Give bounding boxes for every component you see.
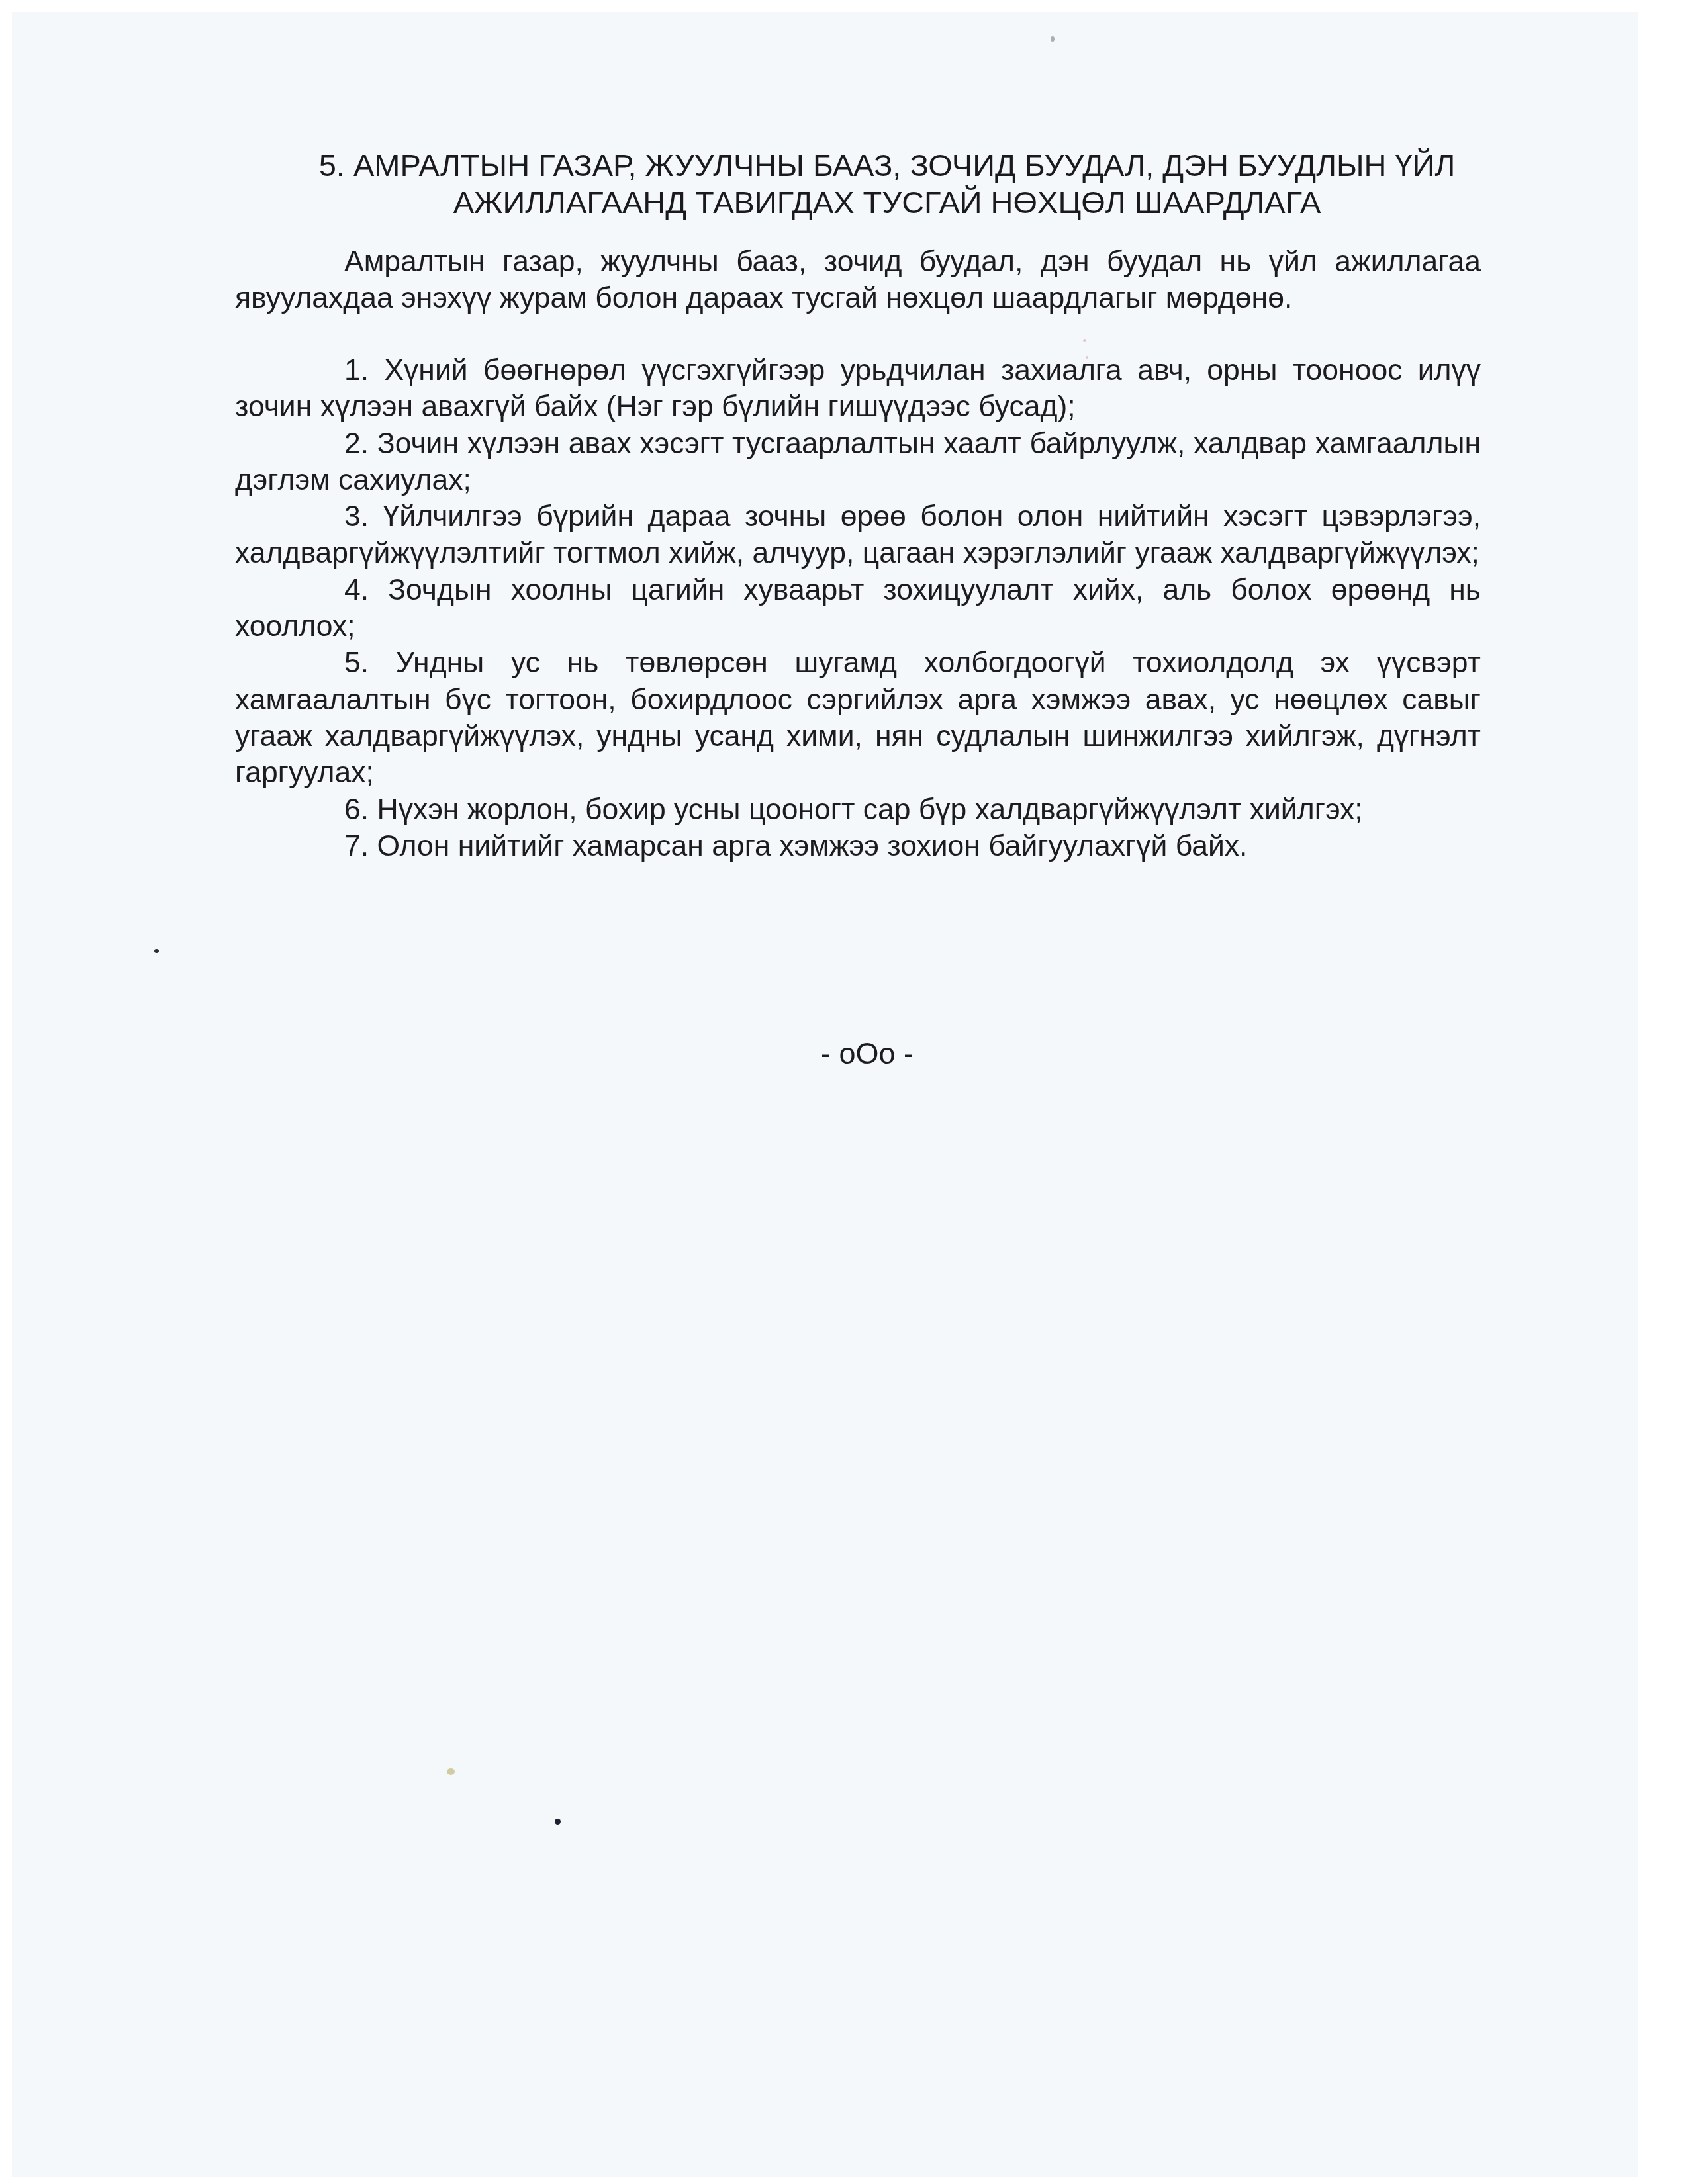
list-item-text: Ундны ус нь төвлөрсөн шугамд холбогдоогү… (235, 647, 1481, 789)
scan-speck (555, 1819, 561, 1825)
list-item-text: Олон нийтийг хамарсан арга хэмжээ зохион… (377, 830, 1248, 862)
list-item: 5. Ундны ус нь төвлөрсөн шугамд холбогдо… (235, 645, 1481, 791)
list-item-text: Нүхэн жорлон, бохир усны цооногт сар бүр… (377, 794, 1363, 826)
heading-line-2: АЖИЛЛАГААНД ТАВИГДАХ ТУСГАЙ НӨХЦӨЛ ШААРД… (291, 184, 1483, 221)
heading-line-1: 5. АМРАЛТЫН ГАЗАР, ЖУУЛЧНЫ БААЗ, ЗОЧИД Б… (291, 147, 1483, 184)
scan-speck (447, 1768, 455, 1775)
list-item: 3. Үйлчилгээ бүрийн дараа зочны өрөө бол… (235, 498, 1481, 572)
list-item-number: 5. (344, 647, 369, 679)
list-item-number: 6. (344, 794, 369, 826)
scan-speck (154, 949, 159, 953)
requirements-list: 1. Хүний бөөгнөрөл үүсгэхгүйгээр урьдчил… (235, 352, 1481, 864)
list-item-number: 3. (344, 500, 369, 533)
list-item-number: 7. (344, 830, 369, 862)
list-item-text: Зочдын хоолны цагийн хуваарьт зохицуулал… (235, 574, 1481, 643)
list-item-text: Хүний бөөгнөрөл үүсгэхгүйгээр урьдчилан … (235, 354, 1481, 423)
intro-paragraph-block: Амралтын газар, жуулчны бааз, зочид бууд… (235, 244, 1481, 317)
scan-speck (1083, 339, 1086, 342)
list-item: 1. Хүний бөөгнөрөл үүсгэхгүйгээр урьдчил… (235, 352, 1481, 426)
list-item: 2. Зочин хүлээн авах хэсэгт тусгаарлалты… (235, 426, 1481, 499)
list-item-text: Үйлчилгээ бүрийн дараа зочны өрөө болон … (235, 500, 1481, 569)
intro-paragraph: Амралтын газар, жуулчны бааз, зочид бууд… (235, 244, 1481, 317)
end-mark: - oOo - (761, 1034, 973, 1073)
scanned-page (12, 12, 1638, 2177)
list-item: 6. Нүхэн жорлон, бохир усны цооногт сар … (235, 792, 1481, 828)
list-item-text: Зочин хүлээн авах хэсэгт тусгаарлалтын х… (235, 428, 1481, 496)
list-item: 7. Олон нийтийг хамарсан арга хэмжээ зох… (235, 828, 1481, 864)
list-item-number: 2. (344, 428, 369, 460)
list-item: 4. Зочдын хоолны цагийн хуваарьт зохицуу… (235, 572, 1481, 645)
list-item-number: 1. (344, 354, 369, 387)
list-item-number: 4. (344, 574, 369, 606)
section-heading: 5. АМРАЛТЫН ГАЗАР, ЖУУЛЧНЫ БААЗ, ЗОЧИД Б… (291, 147, 1483, 221)
scan-speck (1051, 36, 1055, 42)
